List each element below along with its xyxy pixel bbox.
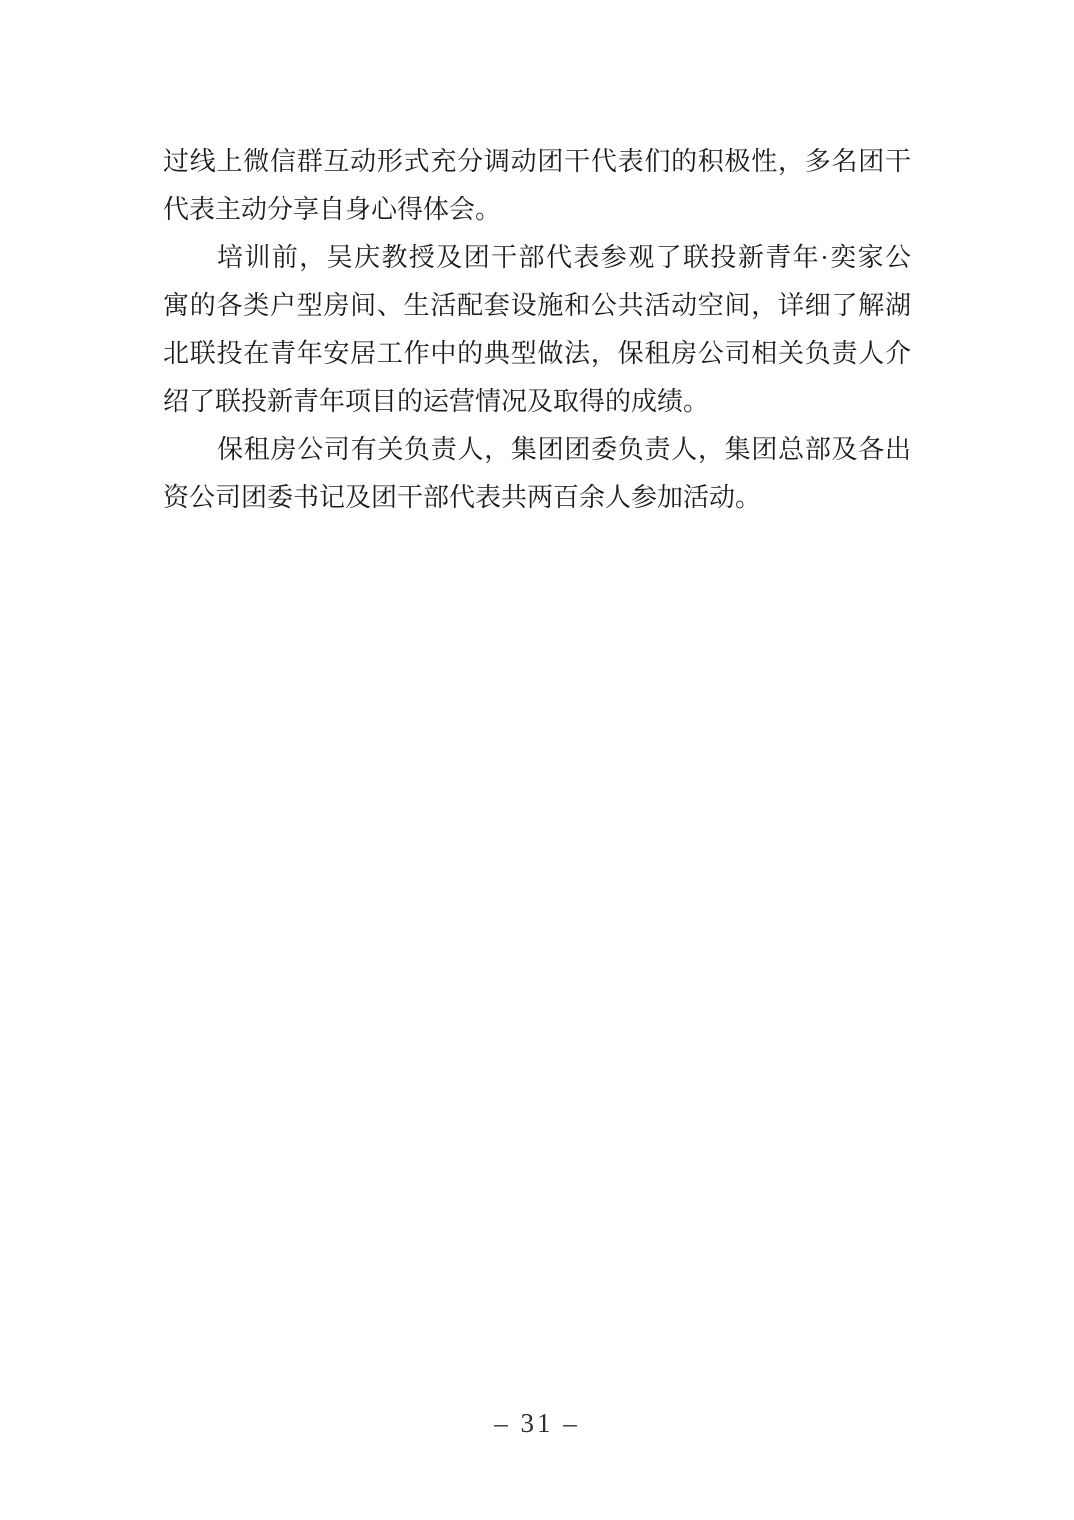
text-line: 资公司团委书记及团干部代表共两百余人参加活动。 xyxy=(163,474,911,522)
document-page: 过线上微信群互动形式充分调动团干代表们的积极性，多名团干代表主动分享自身心得体会… xyxy=(0,0,1074,1520)
text-line: 绍了联投新青年项目的运营情况及取得的成绩。 xyxy=(163,378,911,426)
text-line: 北联投在青年安居工作中的典型做法，保租房公司相关负责人介 xyxy=(163,330,911,378)
text-line: 保租房公司有关负责人，集团团委负责人，集团总部及各出 xyxy=(163,426,911,474)
text-line: 过线上微信群互动形式充分调动团干代表们的积极性，多名团干 xyxy=(163,138,911,186)
text-line: 寓的各类户型房间、生活配套设施和公共活动空间，详细了解湖 xyxy=(163,282,911,330)
text-line: 代表主动分享自身心得体会。 xyxy=(163,186,911,234)
page-number: – 31 – xyxy=(0,1408,1074,1439)
text-line: 培训前，吴庆教授及团干部代表参观了联投新青年·奕家公 xyxy=(163,234,911,282)
document-body: 过线上微信群互动形式充分调动团干代表们的积极性，多名团干代表主动分享自身心得体会… xyxy=(163,138,911,522)
